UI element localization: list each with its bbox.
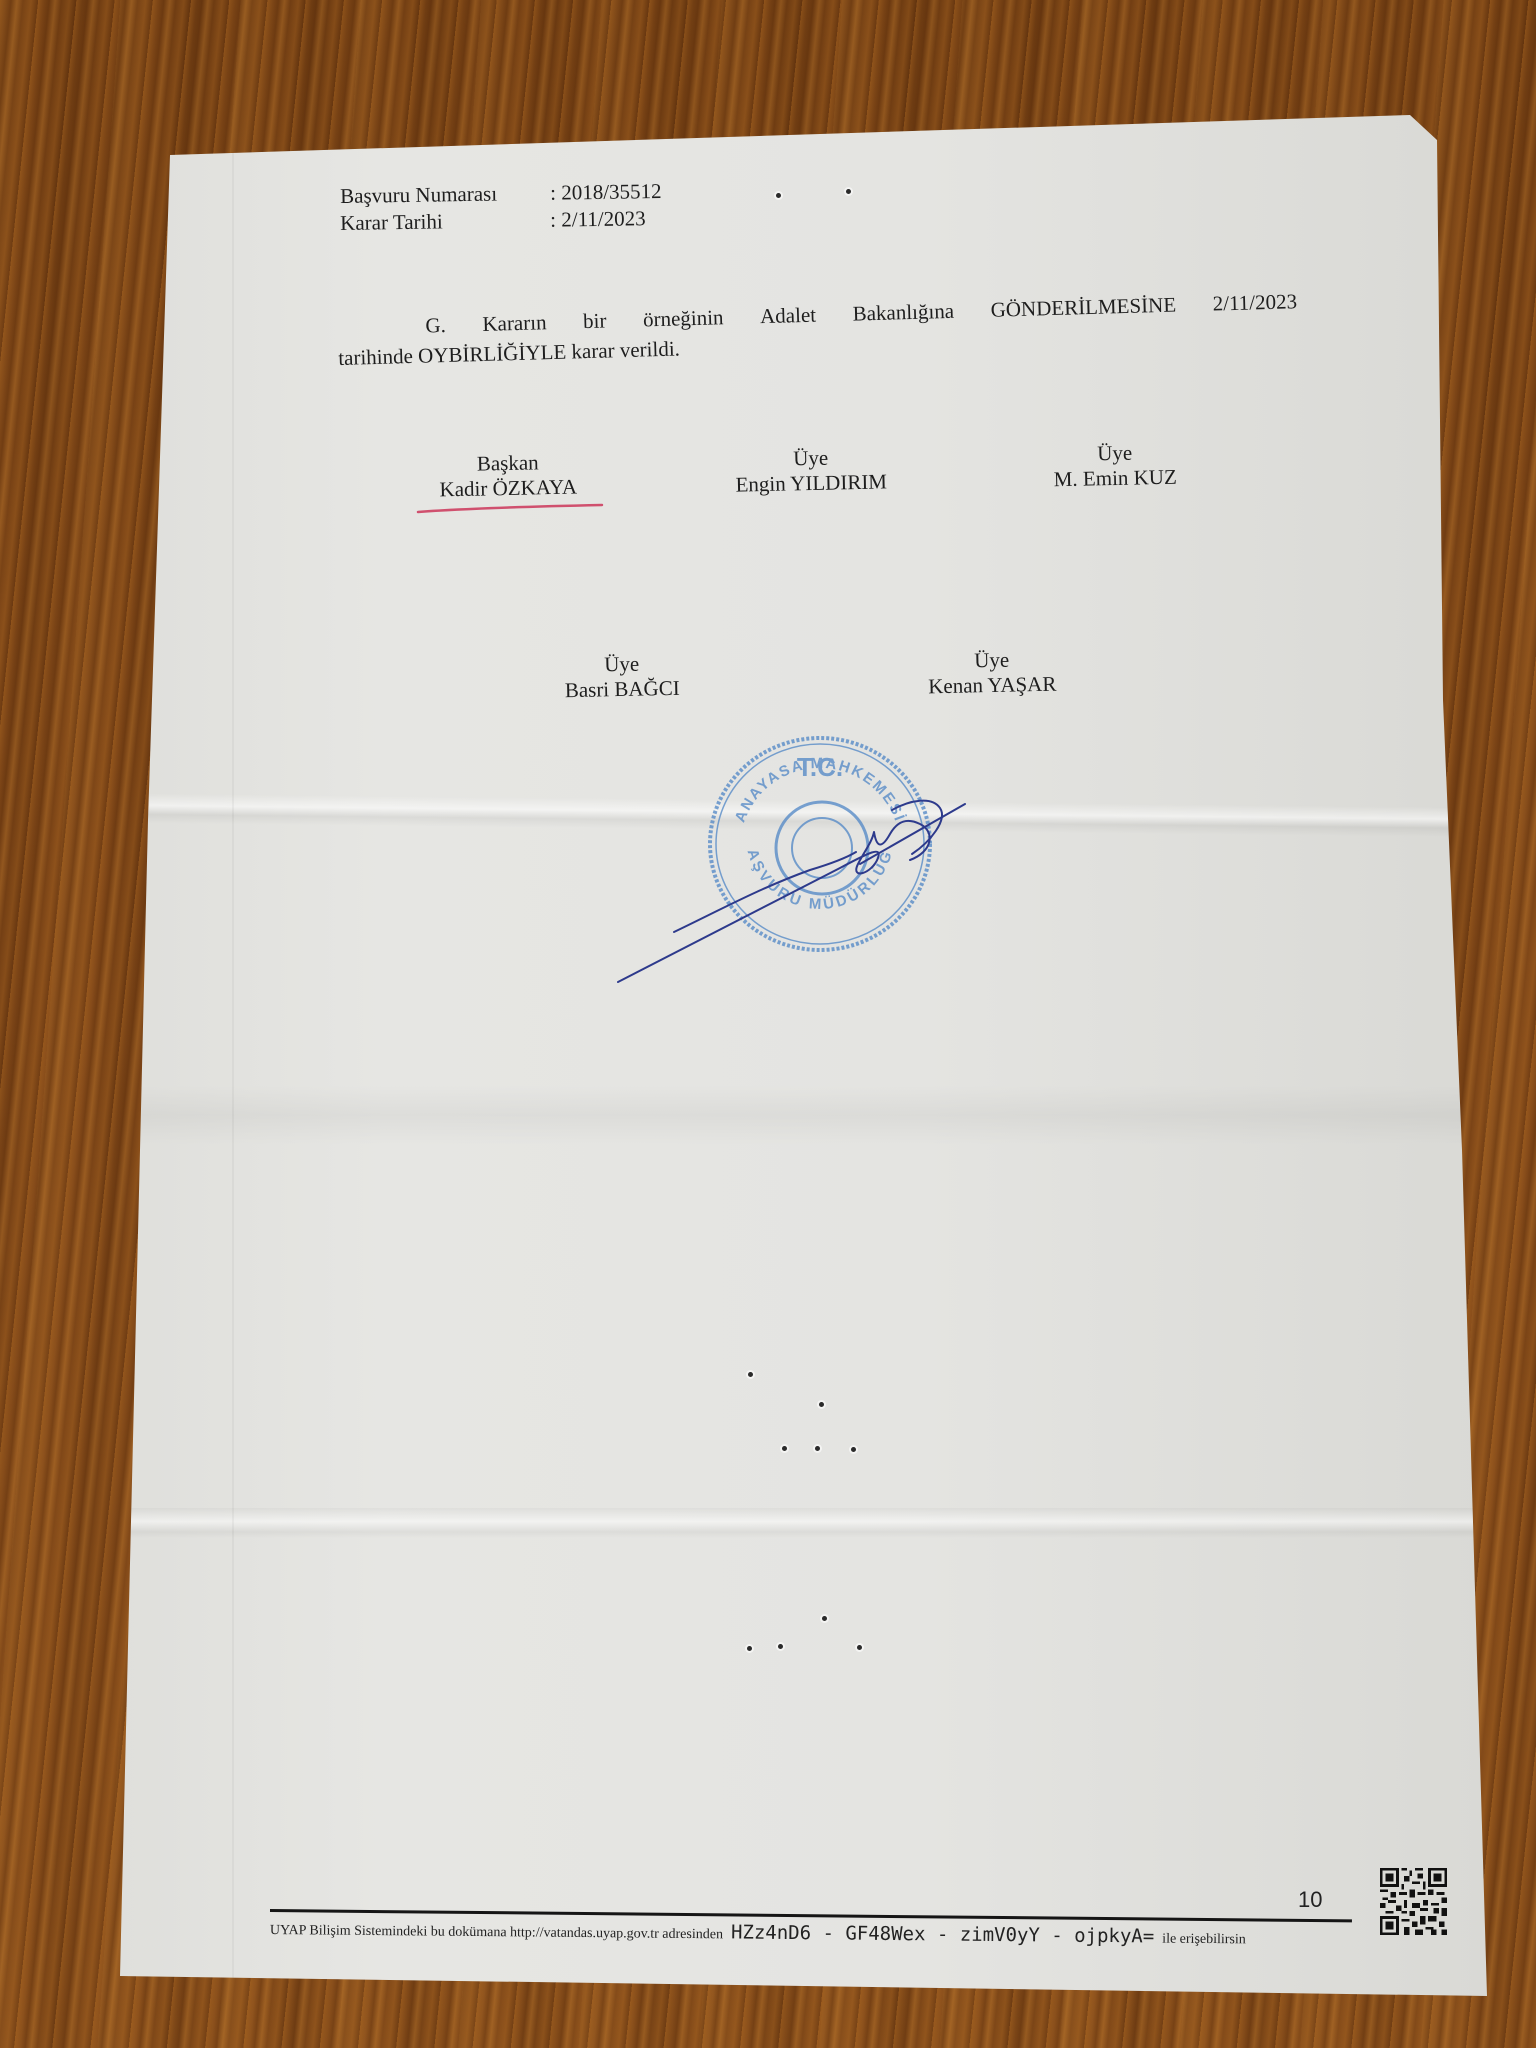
signatory-member-4: Üye Kenan YAŞAR [927, 647, 1056, 700]
paragraph-word: GÖNDERİLMESİNE [990, 290, 1176, 325]
paragraph-word: örneğinin [643, 302, 724, 334]
signatory-name: Engin YILDIRIM [735, 469, 887, 497]
decision-date-label: Karar Tarihi [340, 208, 550, 235]
pin-hole [782, 1446, 787, 1451]
paragraph-word: bir [583, 305, 607, 336]
application-number-row: Başvuru Numarası: 2018/35512 [340, 179, 662, 208]
pin-hole [815, 1446, 820, 1451]
signatory-role: Üye [927, 647, 1056, 675]
signatory-name: Basri BAĞCI [565, 676, 680, 703]
pin-hole [778, 1644, 783, 1649]
signatory-role: Üye [735, 444, 887, 472]
pin-hole [822, 1616, 827, 1621]
pin-hole [748, 1372, 753, 1377]
signatory-member-3: Üye Basri BAĞCI [564, 651, 680, 703]
application-number-label: Başvuru Numarası [340, 181, 550, 208]
signatory-member-2: Üye M. Emin KUZ [1053, 440, 1177, 493]
pin-hole [846, 189, 851, 194]
decision-paragraph: G. Kararın bir örneğinin Adalet Bakanlığ… [337, 286, 1298, 373]
signatory-name: Kadir ÖZKAYA [439, 475, 577, 503]
paragraph-word: Adalet [760, 300, 817, 332]
pin-hole [747, 1646, 752, 1651]
paragraph-word: Kararın [482, 307, 547, 339]
pin-hole [857, 1645, 862, 1650]
signatory-member-1: Üye Engin YILDIRIM [735, 444, 887, 497]
application-number-value: : 2018/35512 [550, 179, 662, 205]
document-content: Başvuru Numarası: 2018/35512 Karar Tarih… [0, 0, 1536, 2048]
signatory-role: Başkan [439, 450, 577, 478]
page-number: 10 [1298, 1887, 1322, 1913]
pin-hole [776, 193, 781, 198]
signatory-name: M. Emin KUZ [1053, 465, 1177, 493]
footer-prefix-text: UYAP Bilişim Sistemindeki bu dokümana ht… [270, 1923, 723, 1942]
pin-hole [851, 1447, 856, 1452]
paragraph-word: Bakanlığına [852, 296, 954, 329]
paragraph-word: G. [425, 310, 446, 341]
paragraph-word: 2/11/2023 [1212, 286, 1297, 318]
qr-code-icon [1380, 1867, 1447, 1936]
footer-access-note: UYAP Bilişim Sistemindeki bu dokümana ht… [270, 1917, 1246, 1948]
signatory-role: Üye [564, 651, 679, 678]
footer-suffix-text: ile erişebilirsin [1162, 1932, 1246, 1948]
handwritten-signature [610, 760, 980, 1000]
pin-hole [819, 1402, 824, 1407]
handwritten-underline-mark [416, 503, 604, 515]
footer-access-code: HZz4nD6 - GF48Wex - zimV0yY - ojpkyA= [731, 1921, 1154, 1947]
signatory-president: Başkan Kadir ÖZKAYA [439, 450, 577, 503]
decision-date-value: : 2/11/2023 [550, 206, 646, 231]
signatory-role: Üye [1053, 440, 1177, 468]
decision-date-row: Karar Tarihi: 2/11/2023 [340, 206, 646, 235]
signatory-name: Kenan YAŞAR [928, 672, 1057, 700]
